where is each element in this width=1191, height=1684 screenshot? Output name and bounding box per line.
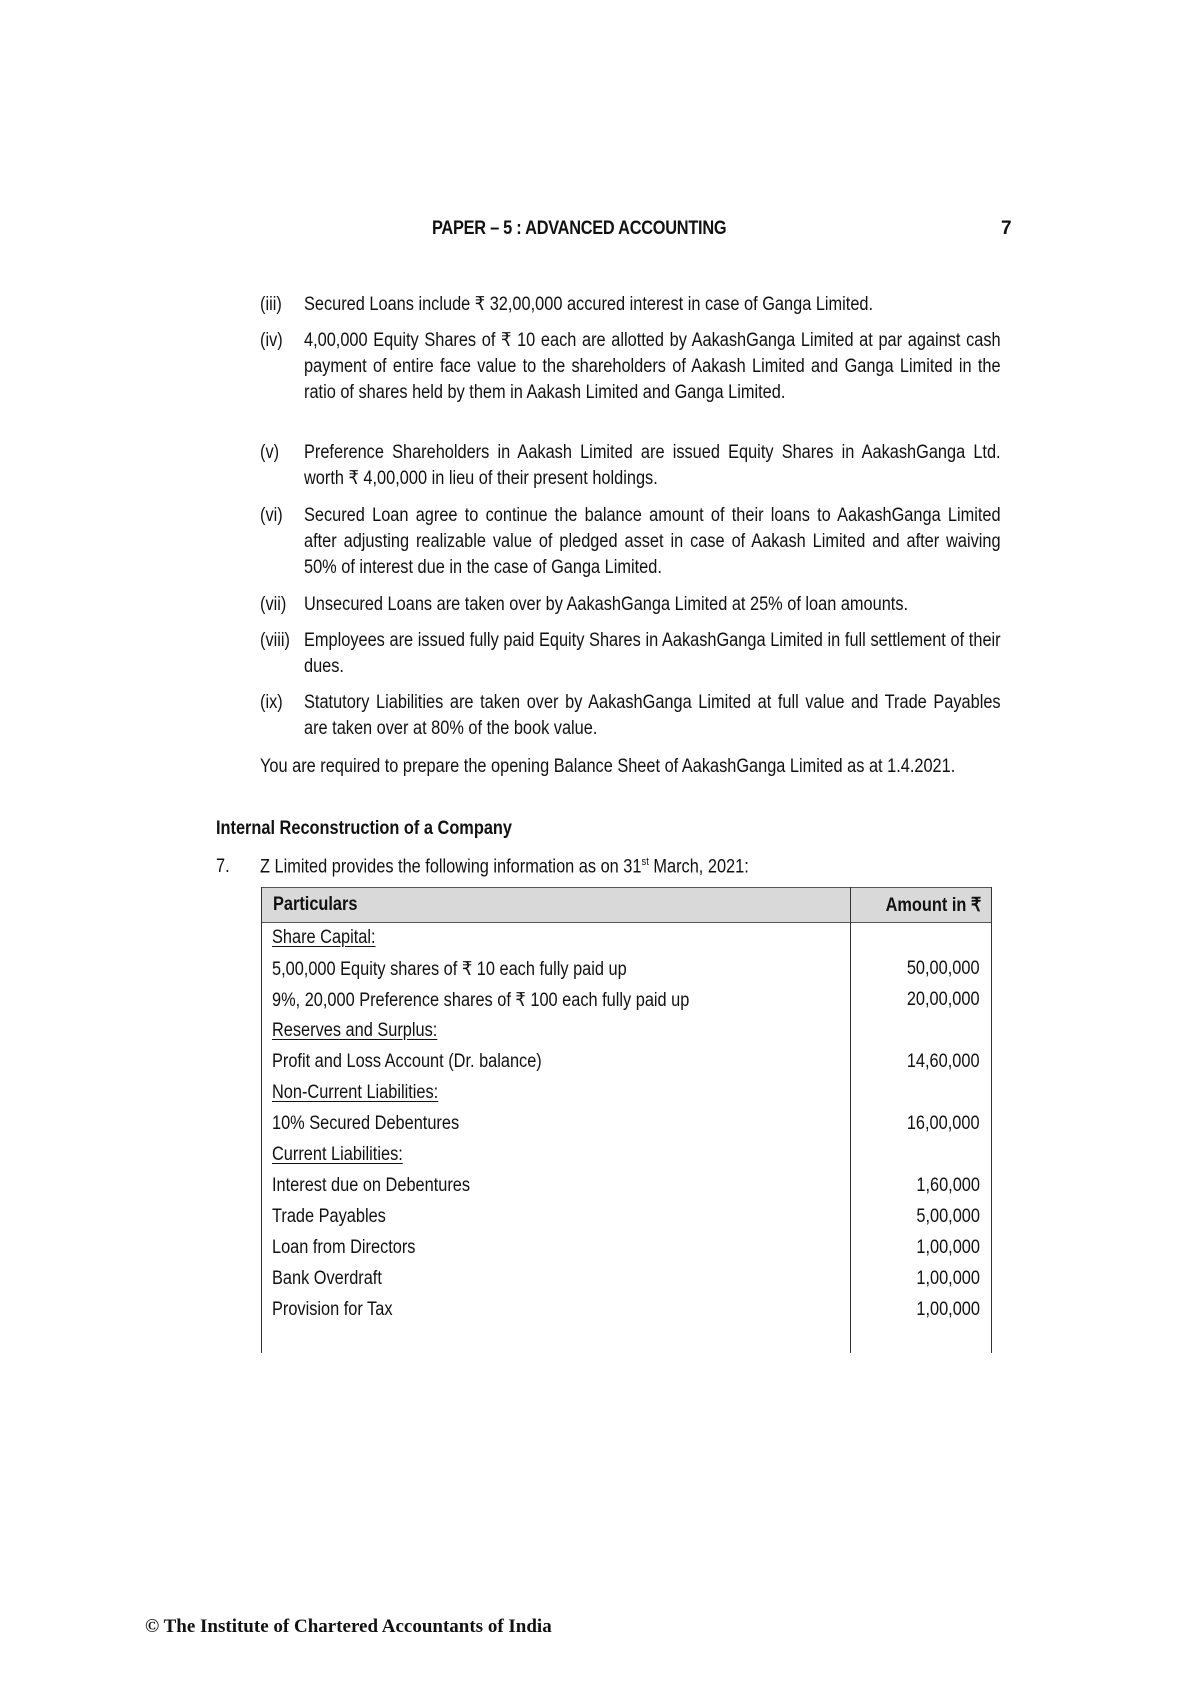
row-amount: 1,00,000 xyxy=(916,1268,980,1290)
row-group-heading: Reserves and Surplus: xyxy=(272,1020,437,1042)
table-row: Profit and Loss Account (Dr. balance)14,… xyxy=(261,1047,992,1080)
table-row: Non-Current Liabilities: xyxy=(261,1078,992,1111)
row-amount: 16,00,000 xyxy=(907,1113,980,1135)
table-row: Interest due on Debentures1,60,000 xyxy=(261,1171,992,1204)
row-label: Provision for Tax xyxy=(272,1299,392,1321)
page-title: PAPER – 5 : ADVANCED ACCOUNTING xyxy=(432,218,726,240)
row-label: 9%, 20,000 Preference shares of ₹ 100 ea… xyxy=(272,989,689,1012)
column-header-particulars: Particulars xyxy=(273,894,357,916)
footer-copyright: © The Institute of Chartered Accountants… xyxy=(145,1616,552,1638)
table-row: 5,00,000 Equity shares of ₹ 10 each full… xyxy=(261,954,992,987)
row-amount: 5,00,000 xyxy=(916,1206,980,1228)
table-row: 10% Secured Debentures16,00,000 xyxy=(261,1109,992,1142)
row-label: 5,00,000 Equity shares of ₹ 10 each full… xyxy=(272,958,627,981)
page-number: 7 xyxy=(1001,218,1012,240)
row-amount: 1,00,000 xyxy=(916,1237,980,1259)
row-group-heading: Share Capital: xyxy=(272,927,376,949)
table-row: Current Liabilities: xyxy=(261,1140,992,1173)
row-label: Bank Overdraft xyxy=(272,1268,382,1290)
table-header: Particulars Amount in ₹ xyxy=(261,887,992,923)
column-header-amount: Amount in ₹ xyxy=(885,894,981,917)
item-number: (vii) xyxy=(260,592,286,618)
item-number: (iv) xyxy=(260,328,283,354)
item-text: Secured Loan agree to continue the balan… xyxy=(304,503,1001,581)
list-item: (ix) Statutory Liabilities are taken ove… xyxy=(260,690,1010,742)
table-row: Bank Overdraft1,00,000 xyxy=(261,1264,992,1297)
table-row: 9%, 20,000 Preference shares of ₹ 100 ea… xyxy=(261,985,992,1018)
row-amount: 14,60,000 xyxy=(907,1051,980,1073)
list-item: (v) Preference Shareholders in Aakash Li… xyxy=(260,440,1010,492)
item-text: Unsecured Loans are taken over by Aakash… xyxy=(304,592,1001,618)
item-text: 4,00,000 Equity Shares of ₹ 10 each are … xyxy=(304,328,1001,406)
list-item: (iii) Secured Loans include ₹ 32,00,000 … xyxy=(260,292,1010,318)
section-heading: Internal Reconstruction of a Company xyxy=(216,818,512,840)
row-label: Interest due on Debentures xyxy=(272,1175,470,1197)
row-group-heading: Non-Current Liabilities: xyxy=(272,1082,438,1104)
item-number: (ix) xyxy=(260,690,283,716)
list-item: (vii) Unsecured Loans are taken over by … xyxy=(260,592,1010,618)
list-item: (iv) 4,00,000 Equity Shares of ₹ 10 each… xyxy=(260,328,1010,406)
table-row: Provision for Tax1,00,000 xyxy=(261,1295,992,1328)
row-label: Loan from Directors xyxy=(272,1237,415,1259)
row-group-heading: Current Liabilities: xyxy=(272,1144,403,1166)
requirement-text: You are required to prepare the opening … xyxy=(260,754,1010,780)
item-number: (v) xyxy=(260,440,279,466)
table-row: Reserves and Surplus: xyxy=(261,1016,992,1049)
list-item: (viii) Employees are issued fully paid E… xyxy=(260,628,1010,680)
page-header: PAPER – 5 : ADVANCED ACCOUNTING 7 xyxy=(0,218,1191,244)
item-number: (viii) xyxy=(260,628,290,654)
row-amount: 20,00,000 xyxy=(907,989,980,1011)
table-row: Trade Payables5,00,000 xyxy=(261,1202,992,1235)
table-row: Loan from Directors1,00,000 xyxy=(261,1233,992,1266)
row-label: 10% Secured Debentures xyxy=(272,1113,459,1135)
question-text: Z Limited provides the following informa… xyxy=(260,856,749,878)
item-text: Employees are issued fully paid Equity S… xyxy=(304,628,1001,680)
item-number: (vi) xyxy=(260,503,283,529)
row-label: Profit and Loss Account (Dr. balance) xyxy=(272,1051,542,1073)
question-number: 7. xyxy=(216,856,230,878)
item-text: Secured Loans include ₹ 32,00,000 accure… xyxy=(304,292,1001,318)
balance-table: Particulars Amount in ₹ Share Capital:5,… xyxy=(261,887,992,1353)
row-amount: 50,00,000 xyxy=(907,958,980,980)
row-amount: 1,60,000 xyxy=(916,1175,980,1197)
row-label: Trade Payables xyxy=(272,1206,386,1228)
table-row: Share Capital: xyxy=(261,923,992,956)
item-text: Preference Shareholders in Aakash Limite… xyxy=(304,440,1001,492)
list-item: (vi) Secured Loan agree to continue the … xyxy=(260,503,1010,581)
item-text: Statutory Liabilities are taken over by … xyxy=(304,690,1001,742)
item-number: (iii) xyxy=(260,292,282,318)
row-amount: 1,00,000 xyxy=(916,1299,980,1321)
